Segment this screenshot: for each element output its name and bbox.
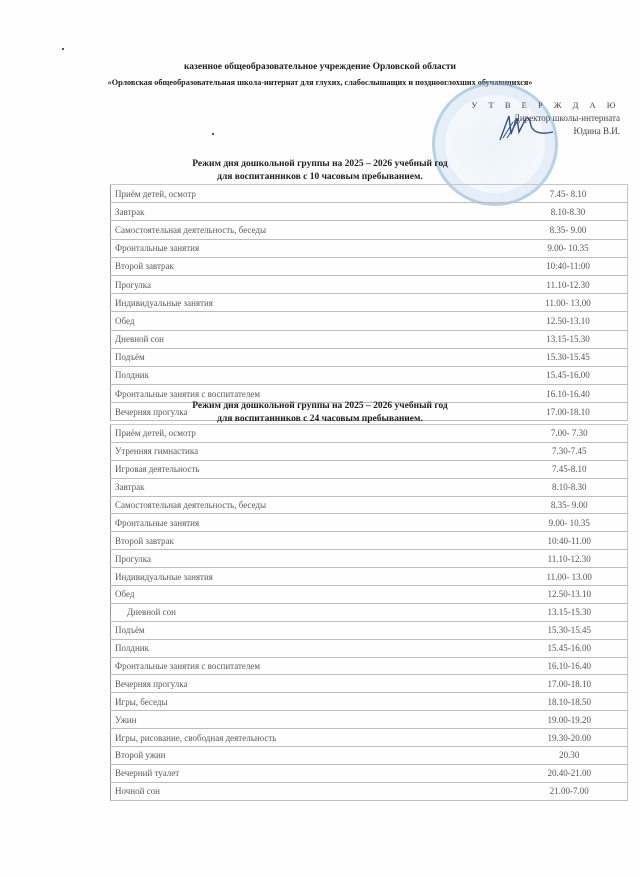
activity-cell: Подъём bbox=[111, 348, 510, 366]
activity-cell: Второй завтрак bbox=[111, 532, 512, 550]
scan-speck bbox=[62, 48, 64, 50]
time-cell: 20.40-21.00 bbox=[511, 764, 627, 782]
activity-cell: Вечерняя прогулка bbox=[111, 675, 512, 693]
activity-cell: Дневной сон bbox=[111, 330, 510, 348]
schedule-24h-title-line1: Режим дня дошкольной группы на 2025 – 20… bbox=[0, 400, 640, 413]
time-cell: 7.45- 8.10 bbox=[509, 185, 628, 203]
table-row: Игровая деятельность7.45-8.10 bbox=[111, 460, 628, 478]
activity-cell: Ночной сон bbox=[111, 782, 512, 800]
table-row: Завтрак8.10-8.30 bbox=[111, 203, 628, 221]
table-row: Дневной сон13.15-15.30 bbox=[111, 330, 628, 348]
table-row: Вечерняя прогулка17.00-18.10 bbox=[111, 675, 628, 693]
table-row: Приём детей, осмотр7.45- 8.10 bbox=[111, 185, 628, 203]
activity-cell: Полдник bbox=[111, 639, 512, 657]
approval-word: У Т В Е Р Ж Д А Ю bbox=[440, 100, 630, 110]
time-cell: 8.10-8.30 bbox=[511, 478, 627, 496]
table-row: Подъём15.30-15.45 bbox=[111, 621, 628, 639]
table-row: Прогулка11.10-12.30 bbox=[111, 275, 628, 293]
table-row: Индивидуальные занятия11.00- 13.00 bbox=[111, 568, 628, 586]
time-cell: 20.30 bbox=[511, 747, 627, 765]
activity-cell: Индивидуальные занятия bbox=[111, 568, 512, 586]
activity-cell: Обед bbox=[111, 312, 510, 330]
time-cell: 10:40-11.00 bbox=[511, 532, 627, 550]
time-cell: 12.50-13.10 bbox=[509, 312, 628, 330]
table-row: Утренняя гимнастика7.30-7.45 bbox=[111, 442, 628, 460]
activity-cell: Игры, беседы bbox=[111, 693, 512, 711]
time-cell: 18.10-18.50 bbox=[511, 693, 627, 711]
table-row: Игры, рисование, свободная деятельность1… bbox=[111, 729, 628, 747]
schedule-10h-title: Режим дня дошкольной группы на 2025 – 20… bbox=[0, 158, 640, 184]
table-row: Фронтальные занятия с воспитателем16.10-… bbox=[111, 657, 628, 675]
table-row: Фронтальные занятия9.00- 10.35 bbox=[111, 514, 628, 532]
activity-cell: Приём детей, осмотр bbox=[111, 185, 510, 203]
table-row: Приём детей, осмотр7.00- 7.30 bbox=[111, 425, 628, 443]
activity-cell: Полдник bbox=[111, 366, 510, 384]
activity-cell: Завтрак bbox=[111, 478, 512, 496]
activity-cell: Второй завтрак bbox=[111, 257, 510, 275]
table-row: Полдник15.45-16.00 bbox=[111, 366, 628, 384]
activity-cell: Вечерний туалет bbox=[111, 764, 512, 782]
schedule-10h-table: Приём детей, осмотр7.45- 8.10 Завтрак8.1… bbox=[110, 184, 628, 421]
activity-cell: Самостоятельная деятельность, беседы bbox=[111, 221, 510, 239]
time-cell: 10:40-11:00 bbox=[509, 257, 628, 275]
table-row: Ночной сон21.00-7.00 bbox=[111, 782, 628, 800]
table-row: Вечерний туалет20.40-21.00 bbox=[111, 764, 628, 782]
time-cell: 13.15-15.30 bbox=[511, 603, 627, 621]
time-cell: 11.10-12.30 bbox=[509, 275, 628, 293]
time-cell: 15.45-16.00 bbox=[509, 366, 628, 384]
table-row: Обед12.50-13.10 bbox=[111, 312, 628, 330]
table-row: Второй ужин20.30 bbox=[111, 747, 628, 765]
table-row: Прогулка11.10-12.30 bbox=[111, 550, 628, 568]
activity-cell: Прогулка bbox=[111, 550, 512, 568]
time-cell: 8.35- 9.00 bbox=[511, 496, 627, 514]
schedule-10h-title-line2: для воспитанников с 10 часовым пребывани… bbox=[0, 171, 640, 184]
time-cell: 13.15-15.30 bbox=[509, 330, 628, 348]
scan-speck bbox=[212, 133, 214, 135]
time-cell: 19.30-20.00 bbox=[511, 729, 627, 747]
table-row: Самостоятельная деятельность, беседы8.35… bbox=[111, 496, 628, 514]
activity-cell: Игры, рисование, свободная деятельность bbox=[111, 729, 512, 747]
activity-cell: Индивидуальные занятия bbox=[111, 294, 510, 312]
signature-icon bbox=[495, 112, 555, 142]
table-row: Обед12.50-13.10 bbox=[111, 586, 628, 604]
activity-cell: Ужин bbox=[111, 711, 512, 729]
table-row: Полдник15.45-16.00 bbox=[111, 639, 628, 657]
activity-cell: Приём детей, осмотр bbox=[111, 425, 512, 443]
time-cell: 8.35- 9.00 bbox=[509, 221, 628, 239]
table-row: Подъём15.30-15.45 bbox=[111, 348, 628, 366]
activity-cell: Прогулка bbox=[111, 275, 510, 293]
activity-cell: Второй ужин bbox=[111, 747, 512, 765]
time-cell: 11.10-12.30 bbox=[511, 550, 627, 568]
time-cell: 21.00-7.00 bbox=[511, 782, 627, 800]
document-page: казенное общеобразовательное учреждение … bbox=[0, 0, 640, 877]
time-cell: 9.00- 10.35 bbox=[509, 239, 628, 257]
table-row: Индивидуальные занятия11.00- 13.00 bbox=[111, 294, 628, 312]
time-cell: 17.00-18.10 bbox=[511, 675, 627, 693]
time-cell: 7.00- 7.30 bbox=[511, 425, 627, 443]
time-cell: 16.10-16.40 bbox=[511, 657, 627, 675]
activity-cell: Дневной сон bbox=[111, 603, 512, 621]
schedule-10h-title-line1: Режим дня дошкольной группы на 2025 – 20… bbox=[0, 158, 640, 171]
table-row: Дневной сон13.15-15.30 bbox=[111, 603, 628, 621]
time-cell: 11.00- 13.00 bbox=[511, 568, 627, 586]
institution-type: казенное общеобразовательное учреждение … bbox=[0, 62, 640, 72]
time-cell: 8.10-8.30 bbox=[509, 203, 628, 221]
activity-cell: Фронтальные занятия bbox=[111, 239, 510, 257]
institution-name: «Орловская общеобразовательная школа-инт… bbox=[0, 78, 640, 87]
activity-cell: Фронтальные занятия bbox=[111, 514, 512, 532]
time-cell: 11.00- 13.00 bbox=[509, 294, 628, 312]
activity-cell: Обед bbox=[111, 586, 512, 604]
activity-cell: Игровая деятельность bbox=[111, 460, 512, 478]
activity-cell: Утренняя гимнастика bbox=[111, 442, 512, 460]
activity-cell: Подъём bbox=[111, 621, 512, 639]
table-row: Самостоятельная деятельность, беседы8.35… bbox=[111, 221, 628, 239]
table-row: Ужин19.00-19.20 bbox=[111, 711, 628, 729]
time-cell: 15.45-16.00 bbox=[511, 639, 627, 657]
activity-cell: Завтрак bbox=[111, 203, 510, 221]
time-cell: 19.00-19.20 bbox=[511, 711, 627, 729]
schedule-24h-title: Режим дня дошкольной группы на 2025 – 20… bbox=[0, 400, 640, 426]
time-cell: 7.45-8.10 bbox=[511, 460, 627, 478]
time-cell: 12.50-13.10 bbox=[511, 586, 627, 604]
time-cell: 7.30-7.45 bbox=[511, 442, 627, 460]
table-row: Игры, беседы18.10-18.50 bbox=[111, 693, 628, 711]
time-cell: 15.30-15.45 bbox=[509, 348, 628, 366]
table-row: Второй завтрак10:40-11:00 bbox=[111, 257, 628, 275]
activity-cell: Фронтальные занятия с воспитателем bbox=[111, 657, 512, 675]
schedule-24h-table: Приём детей, осмотр7.00- 7.30 Утренняя г… bbox=[110, 424, 628, 801]
table-row: Второй завтрак10:40-11.00 bbox=[111, 532, 628, 550]
activity-cell: Самостоятельная деятельность, беседы bbox=[111, 496, 512, 514]
time-cell: 9.00- 10.35 bbox=[511, 514, 627, 532]
time-cell: 15.30-15.45 bbox=[511, 621, 627, 639]
table-row: Завтрак8.10-8.30 bbox=[111, 478, 628, 496]
table-row: Фронтальные занятия9.00- 10.35 bbox=[111, 239, 628, 257]
